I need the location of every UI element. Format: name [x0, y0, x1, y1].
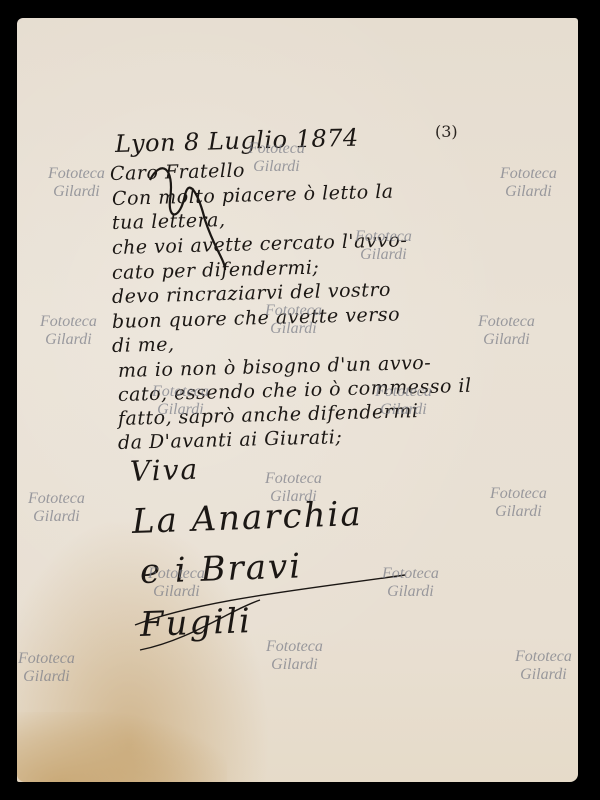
watermark: FototecaGilardi — [48, 165, 105, 201]
watermark: FototecaGilardi — [148, 565, 205, 601]
watermark: FototecaGilardi — [382, 565, 439, 601]
body-line: Con molto piacere ò letto la — [112, 181, 394, 210]
watermark: FototecaGilardi — [248, 140, 305, 176]
signature-line-1: La Anarchia — [131, 494, 363, 542]
watermark: FototecaGilardi — [515, 648, 572, 684]
closing: Viva — [129, 453, 199, 488]
watermark: FototecaGilardi — [152, 383, 209, 419]
watermark: FototecaGilardi — [265, 302, 322, 338]
watermark: FototecaGilardi — [500, 165, 557, 201]
watermark: FototecaGilardi — [28, 490, 85, 526]
body-line: tua lettera, — [112, 209, 226, 234]
body-line: devo rincraziarvi del vostro — [112, 279, 392, 308]
watermark: FototecaGilardi — [478, 313, 535, 349]
watermark: FototecaGilardi — [375, 383, 432, 419]
handwritten-letter: Lyon 8 Luglio 1874 (3) Caro Fratello Con… — [0, 0, 600, 800]
watermark: FototecaGilardi — [490, 485, 547, 521]
watermark: FototecaGilardi — [355, 228, 412, 264]
watermark: FototecaGilardi — [18, 650, 75, 686]
watermark: FototecaGilardi — [265, 470, 322, 506]
body-line: di me, — [112, 333, 175, 357]
body-line: cato per difendermi; — [112, 257, 320, 284]
date-line: Lyon 8 Luglio 1874 — [115, 124, 359, 158]
salutation: Caro Fratello — [110, 159, 246, 185]
watermark: FototecaGilardi — [266, 638, 323, 674]
body-line: da D'avanti ai Giurati; — [118, 426, 343, 454]
body-line: buon quore che avette verso — [112, 303, 401, 333]
watermark: FototecaGilardi — [40, 313, 97, 349]
signature-line-3: Fugili — [139, 601, 252, 645]
page-number: (3) — [435, 122, 458, 141]
